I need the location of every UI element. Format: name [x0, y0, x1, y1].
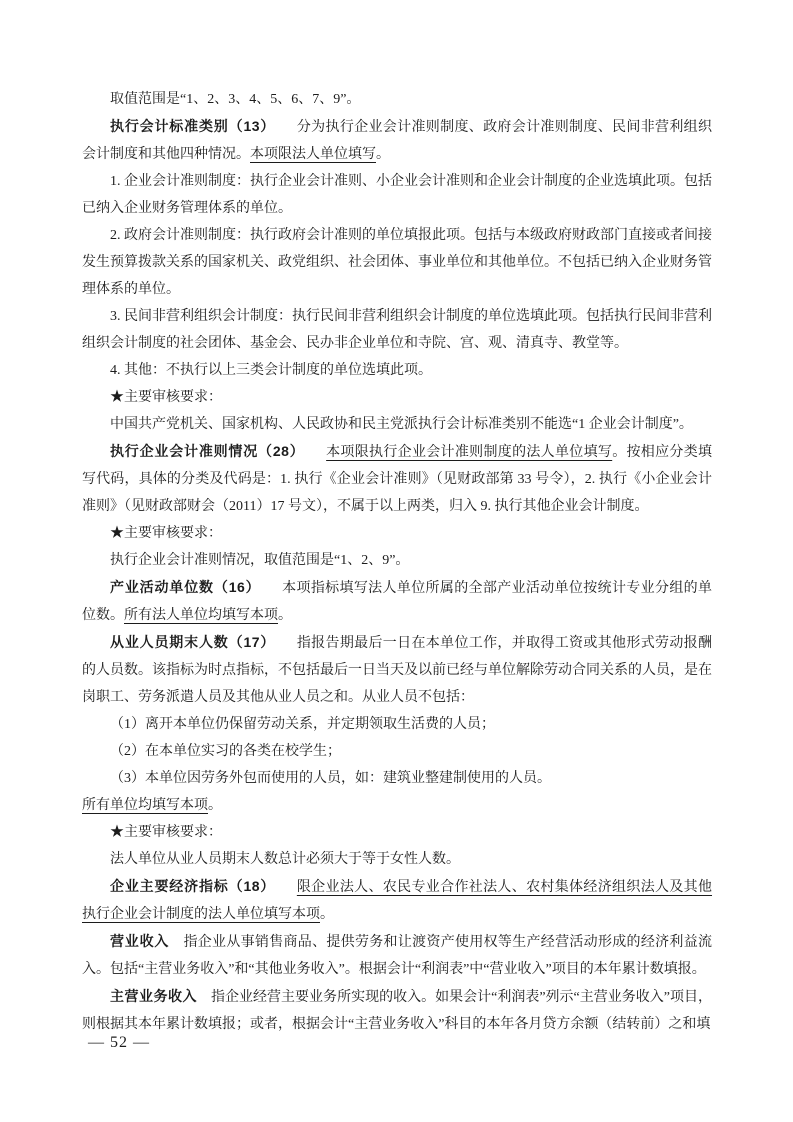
text-run: 指企业从事销售商品、提供劳务和让渡资产使用权等生产经营活动形成的经济利益流入。包…: [82, 935, 712, 977]
paragraph: ★主要审核要求：: [82, 520, 712, 547]
heading-run: 执行企业会计准则情况（28）: [110, 443, 298, 459]
document-body: 取值范围是“1、2、3、4、5、6、7、9”。执行会计标准类别（13） 分为执行…: [82, 86, 712, 1038]
paragraph: 2. 政府会计准则制度：执行政府会计准则的单位填报此项。包括与本级政府财政部门直…: [82, 222, 712, 303]
document-page: 取值范围是“1、2、3、4、5、6、7、9”。执行会计标准类别（13） 分为执行…: [0, 0, 793, 1122]
paragraph: ★主要审核要求：: [82, 384, 712, 411]
page-footer: — 52 —: [88, 1034, 150, 1052]
heading-run: 从业人员期末人数（17）: [110, 634, 268, 650]
underlined-run: 所有法人单位均填写本项: [124, 608, 278, 623]
text-run: 1. 企业会计准则制度：执行企业会计准则、小企业会计准则和企业会计制度的企业选填…: [82, 174, 712, 216]
underlined-run: 所有单位均填写本项: [82, 798, 208, 813]
text-run: （1）离开本单位仍保留劳动关系，并定期领取生活费的人员；: [110, 717, 495, 732]
underlined-run: 本项限执行企业会计准则制度的法人单位填写: [326, 445, 612, 460]
paragraph: 主营业务收入 指企业经营主要业务所实现的收入。如果会计“利润表”列示“主营业务收…: [82, 983, 712, 1038]
text-run: ★主要审核要求：: [110, 390, 222, 405]
text-run: 。: [208, 798, 222, 813]
paragraph: 营业收入 指企业从事销售商品、提供劳务和让渡资产使用权等生产经营活动形成的经济利…: [82, 928, 712, 983]
heading-run: 企业主要经济指标（18）: [110, 878, 268, 894]
text-run: 2. 政府会计准则制度：执行政府会计准则的单位填报此项。包括与本级政府财政部门直…: [82, 228, 712, 297]
page-number: — 52 —: [88, 1034, 150, 1051]
paragraph: 中国共产党机关、国家机构、人民政协和民主党派执行会计标准类别不能选“1 企业会计…: [82, 411, 712, 438]
paragraph: 执行企业会计准则情况（28） 本项限执行企业会计准则制度的法人单位填写。按相应分…: [82, 438, 712, 520]
heading-run: 营业收入: [110, 933, 169, 949]
text-run: 取值范围是“1、2、3、4、5、6、7、9”。: [110, 92, 360, 107]
paragraph: （3）本单位因劳务外包而使用的人员，如：建筑业整建制使用的人员。: [82, 765, 712, 792]
text-run: 中国共产党机关、国家机构、人民政协和民主党派执行会计标准类别不能选“1 企业会计…: [110, 417, 693, 432]
paragraph: 1. 企业会计准则制度：执行企业会计准则、小企业会计准则和企业会计制度的企业选填…: [82, 168, 712, 222]
paragraph: ★主要审核要求：: [82, 819, 712, 846]
heading-run: 执行会计标准类别（13）: [110, 118, 268, 134]
paragraph: （2）在本单位实习的各类在校学生；: [82, 738, 712, 765]
text-run: 执行企业会计准则情况，取值范围是“1、2、9”。: [110, 553, 409, 568]
paragraph: 法人单位从业人员期末人数总计必须大于等于女性人数。: [82, 846, 712, 873]
text-run: 。: [278, 608, 292, 623]
paragraph: 3. 民间非营利组织会计制度：执行民间非营利组织会计制度的单位选填此项。包括执行…: [82, 303, 712, 357]
paragraph: 执行会计标准类别（13） 分为执行企业会计准则制度、政府会计准则制度、民间非营利…: [82, 113, 712, 168]
paragraph: 4. 其他：不执行以上三类会计制度的单位选填此项。: [82, 357, 712, 384]
text-run: [298, 445, 327, 460]
text-run: （2）在本单位实习的各类在校学生；: [110, 744, 341, 759]
paragraph: （1）离开本单位仍保留劳动关系，并定期领取生活费的人员；: [82, 711, 712, 738]
text-run: 。: [320, 907, 334, 922]
paragraph: 企业主要经济指标（18） 限企业法人、农民专业合作社法人、农村集体经济组织法人及…: [82, 873, 712, 928]
paragraph: 从业人员期末人数（17） 指报告期最后一日在本单位工作，并取得工资或其他形式劳动…: [82, 629, 712, 711]
text-run: 法人单位从业人员期末人数总计必须大于等于女性人数。: [110, 852, 460, 867]
paragraph: 所有单位均填写本项。: [82, 792, 712, 819]
text-run: [268, 880, 297, 895]
paragraph: 取值范围是“1、2、3、4、5、6、7、9”。: [82, 86, 712, 113]
paragraph: 执行企业会计准则情况，取值范围是“1、2、9”。: [82, 547, 712, 574]
paragraph: 产业活动单位数（16） 本项指标填写法人单位所属的全部产业活动单位按统计专业分组…: [82, 574, 712, 629]
underlined-run: 本项限法人单位填写: [250, 147, 376, 162]
text-run: （3）本单位因劳务外包而使用的人员，如：建筑业整建制使用的人员。: [110, 771, 551, 786]
heading-run: 产业活动单位数（16）: [110, 579, 253, 595]
text-run: 3. 民间非营利组织会计制度：执行民间非营利组织会计制度的单位选填此项。包括执行…: [82, 309, 712, 351]
heading-run: 主营业务收入: [110, 988, 197, 1004]
text-run: 。: [376, 147, 390, 162]
text-run: ★主要审核要求：: [110, 825, 222, 840]
text-run: 4. 其他：不执行以上三类会计制度的单位选填此项。: [110, 363, 432, 378]
text-run: ★主要审核要求：: [110, 526, 222, 541]
